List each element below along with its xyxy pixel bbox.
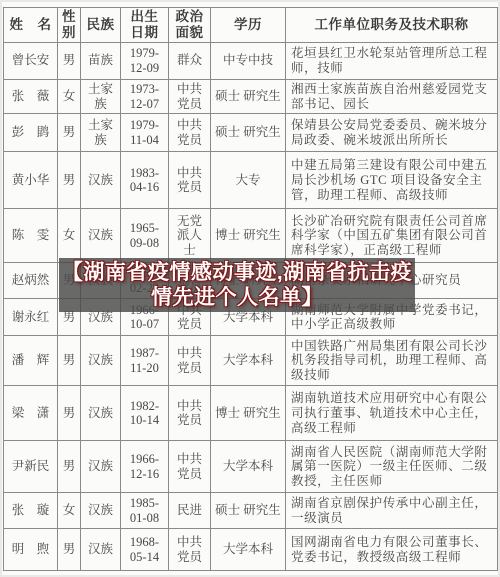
cell-name: 张 璇	[4, 493, 58, 529]
cell-education: 硕士 研究生	[211, 493, 286, 529]
cell-name: 曾长安	[4, 42, 58, 79]
cell-ethnicity: 苗族	[81, 42, 121, 79]
cell-gender: 男	[58, 386, 81, 441]
cell-gender: 男	[58, 114, 81, 152]
cell-name: 赵炳然	[4, 263, 58, 299]
cell-work: 保靖县公安局党委委员、碗米坡分局政委、碗米坡派出所所长	[286, 114, 498, 152]
cell-work: 国网湖南省电力有限公司董事长、党委书记，教授级高级工程师	[286, 529, 498, 571]
cell-name: 尹新民	[4, 441, 58, 493]
header-cell-gender: 性 别	[58, 8, 81, 43]
cell-gender: 女	[58, 493, 81, 529]
cell-name: 陈 雯	[4, 209, 58, 263]
cell-gender: 男	[58, 152, 81, 209]
cell-work: 花垣县红卫水轮泵站管理所总工程师，技师	[286, 42, 498, 79]
cell-name: 谢永红	[4, 299, 58, 336]
cell-birth: 1979- 12-09	[121, 42, 169, 79]
cell-ethnicity: 汉族	[81, 493, 121, 529]
cell-politics: 民进	[169, 493, 211, 529]
cell-birth: 1965- 09-08	[121, 209, 169, 263]
cell-ethnicity: 土家 族	[81, 114, 121, 152]
cell-work: 长沙矿冶研究院有限责任公司首席科学家（中国五矿集团有限公司首席科学家），正高级工…	[286, 209, 498, 263]
watermark-line-1: 【湖南省疫情感动事迹,湖南省抗击疫	[62, 260, 412, 285]
cell-work: 湘西土家族苗族自治州慈爱园党支部书记、园长	[286, 79, 498, 114]
cell-politics: 中共 党员	[169, 114, 211, 152]
cell-work: 中国铁路广州局集团有限公司长沙机务段指导司机，助理工程师、高级技师	[286, 336, 498, 386]
cell-birth: 1968- 05-14	[121, 529, 169, 571]
cell-education: 中专中技	[211, 42, 286, 79]
cell-gender: 女	[58, 209, 81, 263]
cell-politics: 群众	[169, 42, 211, 79]
table-row: 张 薇女土家 族1973- 12-07中共 党员硕士 研究生湘西土家族苗族自治州…	[4, 79, 498, 114]
cell-work: 湖南轨道技术应用研究中心有限公司执行董事、轨道技术中心主任，高级工程师	[286, 386, 498, 441]
page: 姓 名性 别民族出生 日期政治 面貌学历工作单位职务及技术职称曾长安男苗族197…	[0, 0, 500, 577]
header-cell-work: 工作单位职务及技术职称	[286, 8, 498, 43]
cell-politics: 中共 党员	[169, 441, 211, 493]
cell-politics: 中共 党员	[169, 152, 211, 209]
cell-education: 大专	[211, 152, 286, 209]
header-cell-politics: 政治 面貌	[169, 8, 211, 43]
cell-gender: 男	[58, 529, 81, 571]
table-row: 彭 鹍男土家 族1979- 11-04中共 党员硕士 研究生保靖县公安局党委委员…	[4, 114, 498, 152]
cell-name: 黄小华	[4, 152, 58, 209]
cell-politics: 中共 党员	[169, 336, 211, 386]
cell-education: 硕士 研究生	[211, 79, 286, 114]
cell-ethnicity: 汉族	[81, 152, 121, 209]
cell-birth: 1985- 01-08	[121, 493, 169, 529]
cell-name: 潘 辉	[4, 336, 58, 386]
cell-politics: 无党 派人 士	[169, 209, 211, 263]
cell-name: 梁 潇	[4, 386, 58, 441]
header-cell-education: 学历	[211, 8, 286, 43]
cell-education: 博士 研究生	[211, 209, 286, 263]
cell-name: 张 薇	[4, 79, 58, 114]
cell-ethnicity: 土家 族	[81, 79, 121, 114]
table-row: 潘 辉男汉族1987- 11-20中共 党员大学本科中国铁路广州局集团有限公司长…	[4, 336, 498, 386]
cell-politics: 中共 党员	[169, 79, 211, 114]
table-row: 明 煦男汉族1968- 05-14中共 党员大学本科国网湖南省电力有限公司董事长…	[4, 529, 498, 571]
cell-work: 湖南省人民医院（湖南师范大学附属第一医院）一级主任医师、二级教授，主任医师	[286, 441, 498, 493]
table-row: 梁 潇男汉族1982- 10-14中共 党员博士 研究生湖南轨道技术应用研究中心…	[4, 386, 498, 441]
cell-birth: 1966- 12-16	[121, 441, 169, 493]
cell-politics: 中共 党员	[169, 386, 211, 441]
cell-birth: 1983- 04-16	[121, 152, 169, 209]
table-row: 曾长安男苗族1979- 12-09群众中专中技花垣县红卫水轮泵站管理所总工程师，…	[4, 42, 498, 79]
watermark-line-2: 情先进个人名单】	[151, 285, 323, 310]
cell-birth: 1979- 11-04	[121, 114, 169, 152]
cell-education: 大学本科	[211, 336, 286, 386]
header-cell-ethnicity: 民族	[81, 8, 121, 43]
cell-ethnicity: 汉族	[81, 209, 121, 263]
cell-gender: 男	[58, 441, 81, 493]
cell-name: 彭 鹍	[4, 114, 58, 152]
table-header-row: 姓 名性 别民族出生 日期政治 面貌学历工作单位职务及技术职称	[4, 8, 498, 43]
cell-education: 硕士 研究生	[211, 114, 286, 152]
cell-education: 博士 研究生	[211, 386, 286, 441]
watermark-overlay: 【湖南省疫情感动事迹,湖南省抗击疫 情先进个人名单】	[59, 258, 415, 312]
cell-gender: 男	[58, 336, 81, 386]
cell-education: 大学本科	[211, 529, 286, 571]
table-row: 黄小华男汉族1983- 04-16中共 党员大专中建五局第三建设有限公司中建五局…	[4, 152, 498, 209]
cell-work: 中建五局第三建设有限公司中建五局长沙机场 GTC 项目设备安全主管，助理工程师、…	[286, 152, 498, 209]
cell-work: 湖南省京剧保护传承中心副主任，一级演员	[286, 493, 498, 529]
cell-ethnicity: 汉族	[81, 441, 121, 493]
cell-birth: 1982- 10-14	[121, 386, 169, 441]
cell-gender: 女	[58, 79, 81, 114]
cell-birth: 1973- 12-07	[121, 79, 169, 114]
cell-ethnicity: 汉族	[81, 336, 121, 386]
table-row: 陈 雯女汉族1965- 09-08无党 派人 士博士 研究生长沙矿冶研究院有限责…	[4, 209, 498, 263]
cell-education: 大学本科	[211, 441, 286, 493]
cell-ethnicity: 汉族	[81, 386, 121, 441]
table-row: 张 璇女汉族1985- 01-08民进硕士 研究生湖南省京剧保护传承中心副主任，…	[4, 493, 498, 529]
header-cell-birth: 出生 日期	[121, 8, 169, 43]
cell-gender: 男	[58, 42, 81, 79]
cell-birth: 1987- 11-20	[121, 336, 169, 386]
cell-politics: 中共 党员	[169, 529, 211, 571]
header-cell-name: 姓 名	[4, 8, 58, 43]
cell-name: 明 煦	[4, 529, 58, 571]
table-row: 尹新民男汉族1966- 12-16中共 党员大学本科湖南省人民医院（湖南师范大学…	[4, 441, 498, 493]
cell-ethnicity: 汉族	[81, 529, 121, 571]
